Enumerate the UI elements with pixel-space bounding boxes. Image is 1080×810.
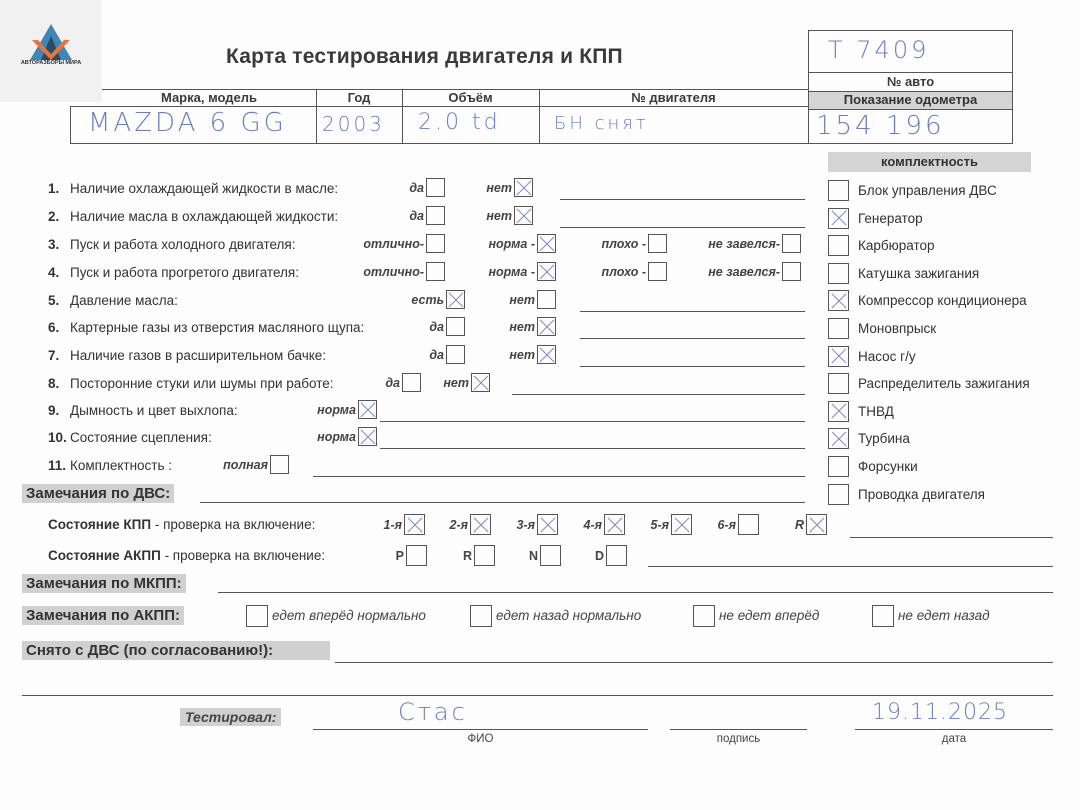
checkbox-checked[interactable]	[471, 373, 490, 392]
akpp-mode-label: D	[576, 549, 604, 563]
removed-parts-label: Снято с ДВС (по согласованию!):	[22, 641, 330, 660]
option-label: полная	[135, 458, 268, 472]
question-number: 3.	[48, 237, 70, 252]
question-number: 7.	[48, 348, 70, 363]
signature-caption: подпись	[670, 733, 807, 745]
question-number: 11.	[48, 458, 70, 473]
question-5: 5.Давление масла:	[48, 293, 178, 308]
gear-label: R	[750, 518, 804, 532]
question-text: Дымность и цвет выхлопа:	[70, 403, 238, 418]
checkbox-checked[interactable]	[358, 427, 377, 446]
kit-item-label: Блок управления ДВС	[858, 183, 997, 198]
question-number: 10.	[48, 430, 70, 445]
question-text: Наличие газов в расширительном бачке:	[70, 348, 326, 363]
question-3: 3.Пуск и работа холодного двигателя:	[48, 237, 296, 252]
kit-checkbox[interactable]	[828, 180, 849, 201]
volume-value[interactable]: 2.0 td	[418, 110, 501, 135]
year-value[interactable]: 2003	[322, 112, 385, 136]
option-label: нет	[420, 293, 535, 307]
checkbox-checked[interactable]	[514, 178, 533, 197]
car-number-value[interactable]: Т 7409	[828, 36, 929, 64]
tested-by-label: Тестировал:	[180, 708, 281, 726]
kit-item-label: ТНВД	[858, 404, 894, 419]
remarks-engine-label: Замечания по ДВС:	[22, 484, 174, 503]
kit-item-label: Насос г/у	[858, 349, 916, 364]
fio-caption: ФИО	[313, 733, 648, 745]
question-7: 7.Наличие газов в расширительном бачке:	[48, 348, 326, 363]
question-number: 1.	[48, 181, 70, 196]
akpp-mode-checkbox[interactable]	[406, 545, 427, 566]
checkbox-unchecked[interactable]	[270, 455, 289, 474]
col-header-brand-model: Марка, модель	[102, 90, 316, 105]
kit-checkbox[interactable]	[828, 428, 849, 449]
question-8: 8.Посторонние стуки или шумы при работе:	[48, 376, 334, 391]
car-number-label: № авто	[808, 74, 1013, 89]
question-10: 10.Состояние сцепления:	[48, 430, 212, 445]
kit-checkbox[interactable]	[828, 290, 849, 311]
answer-line[interactable]	[512, 394, 805, 395]
checkbox-unchecked[interactable]	[782, 234, 801, 253]
company-logo-text: АВТОРАЗБОРЫ МИРА	[16, 60, 86, 66]
date-caption: дата	[855, 733, 1053, 745]
akpp-mode-label: P	[376, 549, 404, 563]
checkbox-unchecked[interactable]	[782, 262, 801, 281]
col-header-volume: Объём	[402, 90, 539, 105]
akpp-remark-label: едет назад нормально	[496, 608, 641, 623]
question-2: 2.Наличие масла в охлаждающей жидкости:	[48, 209, 338, 224]
option-label: норма	[230, 430, 356, 444]
question-number: 6.	[48, 320, 70, 335]
question-1: 1.Наличие охлаждающей жидкости в масле:	[48, 181, 338, 196]
option-label: норма	[230, 403, 356, 417]
kpp-check-label: Состояние КПП - проверка на включение:	[48, 517, 315, 532]
kit-checkbox[interactable]	[828, 401, 849, 422]
question-6: 6.Картерные газы из отверстия масляного …	[48, 320, 364, 335]
answer-line[interactable]	[560, 199, 805, 200]
question-text: Посторонние стуки или шумы при работе:	[70, 376, 334, 391]
kit-checkbox[interactable]	[828, 373, 849, 394]
kit-item-label: Проводка двигателя	[858, 487, 985, 502]
question-text: Наличие охлаждающей жидкости в масле:	[70, 181, 338, 196]
gear-label: 3-я	[471, 518, 535, 532]
akpp-mode-label: N	[510, 549, 538, 563]
akpp-mode-checkbox[interactable]	[474, 545, 495, 566]
akpp-remark-checkbox[interactable]	[872, 605, 894, 627]
answer-line[interactable]	[313, 476, 805, 477]
kit-checkbox[interactable]	[828, 318, 849, 339]
kit-checkbox[interactable]	[828, 484, 849, 505]
kit-item-label: Моновпрыск	[858, 321, 936, 336]
option-label: не завелся-	[620, 265, 780, 279]
answer-line[interactable]	[580, 366, 805, 367]
answer-line[interactable]	[380, 421, 805, 422]
gear-label: 6-я	[672, 518, 736, 532]
remarks-mkpp-label: Замечания по МКПП:	[22, 574, 186, 593]
question-9: 9.Дымность и цвет выхлопа:	[48, 403, 238, 418]
date-value[interactable]: 19.11.2025	[872, 700, 1008, 725]
tester-name-value[interactable]: Стас	[398, 698, 468, 726]
gear-label: 4-я	[538, 518, 602, 532]
kit-item-label: Турбина	[858, 431, 910, 446]
checkbox-unchecked[interactable]	[537, 290, 556, 309]
question-number: 8.	[48, 376, 70, 391]
akpp-mode-checkbox[interactable]	[540, 545, 561, 566]
answer-line[interactable]	[580, 338, 805, 339]
answer-line[interactable]	[560, 227, 805, 228]
question-4: 4.Пуск и работа прогретого двигателя:	[48, 265, 299, 280]
gear-label: 5-я	[605, 518, 669, 532]
kit-checkbox[interactable]	[828, 346, 849, 367]
kit-checkbox[interactable]	[828, 235, 849, 256]
akpp-remark-checkbox[interactable]	[470, 605, 492, 627]
option-label: не завелся-	[620, 237, 780, 251]
question-text: Картерные газы из отверстия масляного щу…	[70, 320, 364, 335]
kit-item-label: Форсунки	[858, 459, 918, 474]
kit-checkbox[interactable]	[828, 263, 849, 284]
kit-item-label: Катушка зажигания	[858, 266, 979, 281]
option-label: нет	[360, 376, 469, 390]
kit-item-label: Распределитель зажигания	[858, 376, 1030, 391]
gear-label: 2-я	[404, 518, 468, 532]
question-text: Наличие масла в охлаждающей жидкости:	[70, 209, 338, 224]
gear-label: 1-я	[338, 518, 402, 532]
question-text: Пуск и работа холодного двигателя:	[70, 237, 296, 252]
akpp-mode-checkbox[interactable]	[606, 545, 627, 566]
option-label: нет	[410, 181, 512, 195]
odometer-label: Показание одометра	[809, 92, 1012, 109]
answer-line[interactable]	[380, 448, 805, 449]
kit-item-label: Генератор	[858, 211, 923, 226]
kit-checkbox[interactable]	[828, 456, 849, 477]
akpp-remark-label: едет вперёд нормально	[272, 608, 426, 623]
brand-model-value[interactable]: MAZDA 6 GG	[88, 108, 287, 138]
akpp-remark-label: не едет вперёд	[719, 608, 819, 623]
col-header-year: Год	[316, 90, 402, 105]
question-text: Состояние сцепления:	[70, 430, 212, 445]
kit-checkbox[interactable]	[828, 208, 849, 229]
gear-checkbox[interactable]	[806, 514, 827, 535]
col-header-engine-number: № двигателя	[539, 90, 808, 105]
question-number: 2.	[48, 209, 70, 224]
kit-item-label: Карбюратор	[858, 238, 935, 253]
question-number: 5.	[48, 293, 70, 308]
question-text: Давление масла:	[70, 293, 178, 308]
kit-item-label: Компрессор кондиционера	[858, 293, 1027, 308]
akpp-remark-label: не едет назад	[898, 608, 990, 623]
remarks-akpp-label: Замечания по АКПП:	[22, 606, 184, 625]
checkbox-checked[interactable]	[537, 317, 556, 336]
option-label: нет	[420, 320, 535, 334]
page-title: Карта тестирования двигателя и КПП	[226, 45, 623, 69]
akpp-check-label: Состояние АКПП - проверка на включение:	[48, 548, 325, 563]
option-label: нет	[410, 209, 512, 223]
checkbox-checked[interactable]	[537, 345, 556, 364]
question-text: Пуск и работа прогретого двигателя:	[70, 265, 299, 280]
checkbox-checked[interactable]	[358, 400, 377, 419]
checkbox-checked[interactable]	[514, 206, 533, 225]
answer-line[interactable]	[580, 311, 805, 312]
kit-title: комплектность	[828, 152, 1031, 172]
akpp-remark-checkbox[interactable]	[246, 605, 268, 627]
option-label: нет	[420, 348, 535, 362]
akpp-remark-checkbox[interactable]	[693, 605, 715, 627]
company-logo-icon	[26, 22, 76, 76]
akpp-mode-label: R	[444, 549, 472, 563]
question-number: 9.	[48, 403, 70, 418]
odometer-value[interactable]: 154 196	[816, 111, 945, 141]
engine-number-value[interactable]: БН снят	[554, 113, 649, 134]
question-number: 4.	[48, 265, 70, 280]
